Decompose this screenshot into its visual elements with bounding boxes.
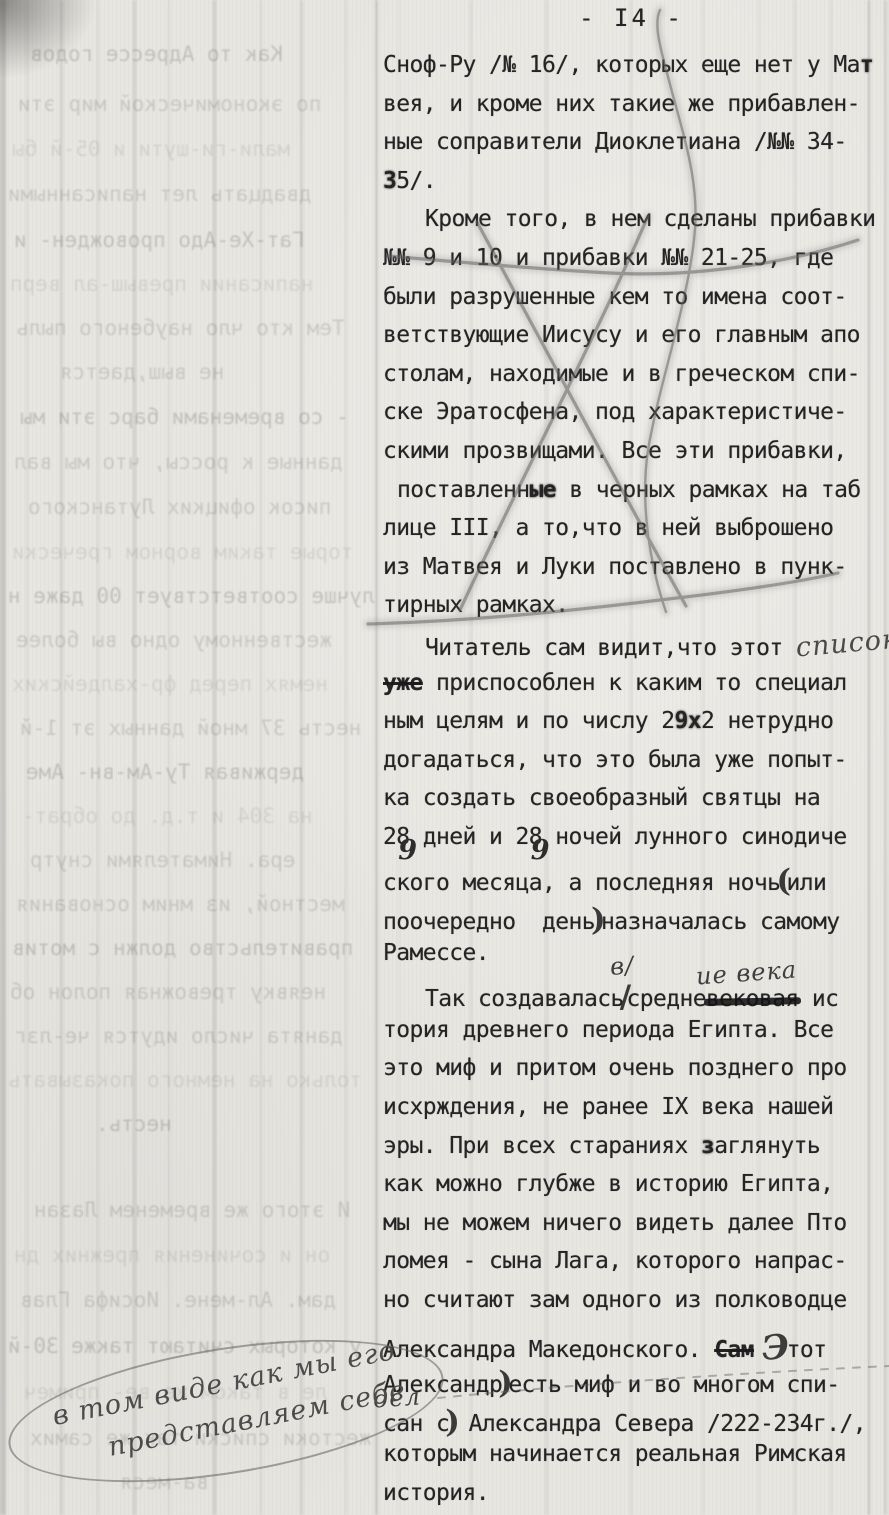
text-segment: поочередно день — [383, 909, 595, 935]
typed-line: но считают зам одного из полководце — [383, 1287, 883, 1326]
typed-line: поочередно день)назначалась самому — [383, 901, 883, 940]
text-segment: есть миф и во многом спи- — [508, 1372, 839, 1398]
typed-line: ломея - сына Лага, которого напрас- — [383, 1248, 883, 1287]
typed-line: столам, находимые и в греческом спи- — [383, 361, 883, 400]
bleedthrough-line: написании превыш-ал верп — [10, 272, 313, 296]
text-segment: вея, и кроме них такие же прибавлен- — [383, 91, 860, 117]
text-segment: ка создать своеобразный святцы на — [383, 785, 820, 811]
typed-line: Сноф-Ру /№ 16/, которых еще нет у Мат — [383, 52, 883, 91]
bleedthrough-line: двадцать лет написанными — [8, 182, 311, 206]
typed-line: исхрждения, не ранее IX века нашей — [383, 1094, 883, 1133]
text-segment: лице III, а то,что в ней выброшено — [383, 515, 833, 541]
bleedthrough-line: ера. Нимателями снутр — [30, 848, 296, 872]
bleedthrough-line: по экономической мир эти — [18, 92, 321, 116]
typed-line: Читатель сам видит,что этот список — [383, 631, 883, 670]
handwritten-paren: ) — [498, 1365, 512, 1401]
bleedthrough-line: держивая Ту-Ам-вн- Аме — [26, 760, 304, 784]
fold-streak — [26, 0, 28, 1515]
overstruck-text: з — [701, 1133, 714, 1159]
text-segment: в черных рамках на таб — [556, 477, 861, 503]
bleedthrough-line: торые таким ворном гречески — [12, 540, 353, 564]
text-segment: история. — [383, 1480, 489, 1506]
text-segment: средне — [626, 986, 705, 1012]
text-segment: 2 нетрудно — [701, 708, 833, 734]
text-segment: Так создавалась — [425, 986, 624, 1012]
bleedthrough-line: он и сочинения прежних дн — [14, 1243, 330, 1267]
fold-streak — [168, 0, 170, 1515]
handwritten-letter: Э — [761, 1327, 790, 1369]
typed-line: Александр)есть миф и во многом спи- — [383, 1364, 883, 1403]
bleedthrough-line: несть. — [96, 1112, 172, 1136]
typed-line: ным целям и по числу 29х2 нетрудно — [383, 708, 883, 747]
typed-line: Так создавалась/в/средневековаяие века и… — [383, 978, 883, 1017]
typed-line: история. — [383, 1480, 883, 1515]
fold-streak — [300, 0, 303, 1515]
text-segment: №№ 9 и 10 и прибавки №№ 21-25, где — [383, 245, 833, 271]
text-segment: 5/. — [396, 168, 436, 194]
text-segment: Кроме того, в нем сделаны прибавки — [425, 206, 875, 232]
text-segment: тория древнего периода Египта. Все — [383, 1017, 833, 1043]
typed-line: которым начинается реальная Римская — [383, 1441, 883, 1480]
text-segment: аглянуть — [714, 1133, 820, 1159]
typed-line: поставленные в черных рамках на таб — [383, 477, 883, 516]
text-segment: мы не можем ничего видеть далее Пто — [383, 1210, 847, 1236]
bleedthrough-line: писок офицких Лутанского — [28, 495, 331, 519]
typed-line: сандел с) Александра Севера /222-234г./, — [383, 1403, 883, 1442]
bleedthrough-line: И этого же временем Лазан — [34, 1198, 350, 1222]
text-segment: дней и 2 — [410, 824, 529, 850]
bleedthrough-line: несть 37 мной данных эт 1-й — [20, 716, 361, 740]
bleedthrough-line: только на немного показывать — [8, 1068, 362, 1092]
typed-line: Кроме того, в нем сделаны прибавки — [383, 206, 883, 245]
typed-line: лице III, а то,что в ней выброшено — [383, 515, 883, 554]
bleedthrough-line: Гат-Хе-Адо провожден- и — [14, 228, 305, 252]
struck-text-heavy: вековаяие века — [706, 986, 799, 1012]
typed-line: №№ 9 и 10 и прибавки №№ 21-25, где — [383, 245, 883, 284]
text-segment: исхрждения, не ранее IX века нашей — [383, 1094, 833, 1120]
bleedthrough-line: на 304 и т.д. до обрат- — [22, 804, 313, 828]
handwritten-insertion: ие века — [695, 956, 798, 991]
handwritten-digit: 9 — [531, 835, 549, 866]
text-segment: 2 — [383, 824, 396, 850]
typed-line: 35/. — [383, 168, 883, 207]
text-segment: Рамессе. — [383, 940, 489, 966]
corrected-digit: 89 — [529, 824, 542, 850]
fold-streak — [97, 0, 99, 1515]
typed-line: ветствующие Иисусу и его главным апо — [383, 322, 883, 361]
text-segment: Александра Севера /222-234г./, — [455, 1411, 866, 1437]
handwritten-paren: ( — [776, 863, 790, 899]
text-segment: эры. При всех стараниях — [383, 1133, 701, 1159]
handwritten-paren: /в/ — [620, 979, 631, 1015]
bleedthrough-line: неявку тревожная полон об — [10, 980, 326, 1004]
typed-line: тирных рамках. — [383, 592, 883, 631]
typed-line: ске Эратосфена, под характеристиче- — [383, 399, 883, 438]
text-segment: из Матвея и Луки поставлено в пунк- — [383, 554, 847, 580]
text-segment: как можно глубже в историю Египта, — [383, 1171, 833, 1197]
typed-line: скими прозвищами. Все эти прибавки, — [383, 438, 883, 477]
typed-line: эры. При всех стараниях заглянуть — [383, 1133, 883, 1172]
bleedthrough-line: Как то Адрессе годов — [30, 42, 283, 66]
text-segment: столам, находимые и в греческом спи- — [383, 361, 860, 387]
bleedthrough-line: Тем кто чло наубеного пыль — [16, 316, 345, 340]
handwritten-paren: ) — [445, 1404, 459, 1440]
fold-streak — [213, 0, 216, 1515]
typed-text: Сноф-Ру /№ 16/, которых еще нет у Матвея… — [383, 52, 883, 1515]
handwritten-digit: 9 — [398, 835, 416, 866]
bleedthrough-line: правительство должн с мотив — [12, 936, 353, 960]
typed-line: ные соправители Диоклетиана /№№ 34- — [383, 129, 883, 168]
typed-line: из Матвея и Луки поставлено в пунк- — [383, 554, 883, 593]
bleedthrough-line: дам. Ал-мене. Иосифа Глав — [20, 1288, 336, 1312]
typed-line: ка создать своеобразный святцы на — [383, 785, 883, 824]
fold-streak — [0, 0, 6, 1515]
typed-line: ского месяца, а последняя ночь(или — [383, 862, 883, 901]
overstruck-text: т — [860, 52, 873, 78]
typed-line: были разрушенные кем то имена соот- — [383, 284, 883, 323]
text-segment: или — [787, 870, 827, 896]
typed-line: как можно глубже в историю Египта, — [383, 1171, 883, 1210]
typed-line: догадаться, что это была уже попыт- — [383, 747, 883, 786]
bleedthrough-line: не выш,дается — [60, 360, 224, 384]
text-segment: ным целям и по числу 2 — [383, 708, 674, 734]
scanned-page: Как то Адрессе годовпо экономической мир… — [0, 0, 889, 1515]
fold-streak — [884, 0, 887, 1515]
text-segment: Сноф-Ру /№ 16/, которых еще нет у Ма — [383, 52, 860, 78]
overstruck-text: 3 — [383, 168, 396, 194]
overstruck-text: ые — [529, 477, 556, 503]
text-segment: ского месяца, а последняя ночь — [383, 870, 780, 896]
fold-streak — [345, 0, 347, 1515]
bleedthrough-line: данные к россы, что мы вал — [14, 450, 343, 474]
text-segment: ночей лунного синодиче — [542, 824, 847, 850]
fold-streak — [133, 0, 136, 1515]
text-segment: поставленн — [397, 477, 529, 503]
handwritten-paren: ) — [591, 902, 605, 938]
text-segment: приспособлен к каким то специал — [423, 670, 847, 696]
fold-streak — [260, 0, 262, 1515]
text-segment: были разрушенные кем то имена соот- — [383, 284, 847, 310]
bleedthrough-line: данята число идутся че-лзг — [14, 1024, 343, 1048]
typed-line: Александра Македонского. Сам Этот — [383, 1326, 883, 1365]
text-segment: тот — [787, 1337, 827, 1363]
bleedthrough-line: лучше соответствует 00 даже н — [8, 584, 375, 608]
text-segment: ломея - сына Лага, которого напрас- — [383, 1248, 847, 1274]
typed-line: вея, и кроме них такие же прибавлен- — [383, 91, 883, 130]
text-segment: скими прозвищами. Все эти прибавки, — [383, 438, 847, 464]
typed-line: 289 дней и 289 ночей лунного синодиче — [383, 824, 883, 863]
fold-streak — [375, 0, 378, 1515]
text-segment: ные соправители Диоклетиана /№№ 34- — [383, 129, 847, 155]
text-segment: но считают зам одного из полководце — [383, 1287, 847, 1313]
text-segment: ветствующие Иисусу и его главным апо — [383, 322, 860, 348]
fold-streak — [60, 0, 63, 1515]
bleedthrough-line: жественному одно вы более — [16, 628, 332, 652]
typed-line: уже приспособлен к каким то специал — [383, 670, 883, 709]
text-segment: ис — [799, 986, 839, 1012]
typed-line: мы не можем ничего видеть далее Пто — [383, 1210, 883, 1249]
typed-line: это миф и притом очень позднего про — [383, 1055, 883, 1094]
text-segment: это миф и притом очень позднего про — [383, 1055, 847, 1081]
struck-text: уже — [383, 670, 423, 696]
page-number: - I4 - — [383, 4, 880, 32]
text-segment: тирных рамках. — [383, 592, 568, 618]
text-segment: которым начинается реальная Римская — [383, 1441, 847, 1467]
handwritten-insertion: в/ — [609, 951, 635, 981]
bleedthrough-line: мали-ги-шути и 05-й бы — [12, 137, 290, 161]
typed-line: тория древнего периода Египта. Все — [383, 1017, 883, 1056]
text-segment: ске Эратосфена, под характеристиче- — [383, 399, 847, 425]
struck-text: Сам — [714, 1337, 754, 1363]
bleedthrough-line: - со временами барс эти мы — [20, 405, 349, 429]
corner-smudge — [0, 0, 110, 90]
corrected-digit: 89 — [396, 824, 409, 850]
bleedthrough-line: немях перед фр-халдейских — [12, 672, 328, 696]
overstruck-text: 9х — [674, 708, 701, 734]
text-segment: догадаться, что это была уже попыт- — [383, 747, 847, 773]
text-segment: Читатель сам видит,что этот — [425, 635, 796, 661]
bleedthrough-line: местной, из мним основания — [16, 892, 345, 916]
text-segment: Александра Македонского. — [383, 1337, 714, 1363]
text-segment: назначалась самому — [601, 909, 839, 935]
